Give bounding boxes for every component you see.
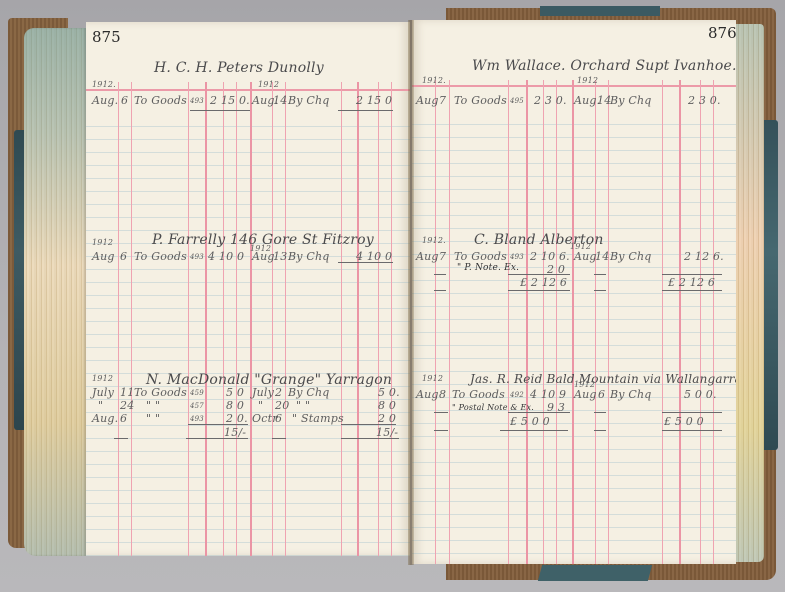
underline [508,274,570,275]
amount: 8 0 [378,399,396,412]
day: 11 [120,386,134,399]
red-rule [435,80,436,564]
book-gutter [408,20,414,565]
red-rule [391,82,392,556]
amount: 5 0. [378,386,400,399]
red-rule [572,80,574,564]
day: 24 [120,399,134,412]
red-rule [118,82,119,556]
folio: 493 [190,415,204,423]
month: July [252,386,274,399]
red-rule [272,82,273,556]
year: 1912 [92,374,113,383]
amount: 2 15 0. [210,94,250,107]
red-rule [250,82,252,556]
year: 1912 [422,374,443,383]
day: 13 [273,250,287,263]
particulars: " " [296,399,310,412]
red-rule [236,82,237,556]
particulars: By Chq [288,94,330,107]
cloth-tape-bottom [538,565,652,581]
folio: 493 [510,253,524,261]
month: " [258,399,263,412]
day: 8 [439,388,446,401]
day: 7 [439,94,446,107]
month: Aug [416,250,439,263]
amount: 8 0 [226,399,244,412]
underline [662,412,722,413]
particulars: By Chq [610,250,652,263]
day: 6 [120,250,127,263]
particulars: To Goods [452,388,505,401]
ledger-page-right: 876 Wm Wallace. Orchard Supt Ivanhoe. 19… [412,20,736,564]
total: £ 2 12 6 [668,276,715,289]
day: 14 [595,250,609,263]
underline [341,438,399,439]
ledger-page-left: 875 H. C. H. Peters Dunolly 1912. 1912 A… [86,22,410,556]
month: Octr [252,412,278,425]
red-rule [608,80,609,564]
amount: 2 15 0 [356,94,392,107]
red-rule [188,82,189,556]
underline [434,274,446,275]
day: 2 [275,386,282,399]
red-rule [205,82,207,556]
particulars: To Goods [454,250,507,263]
particulars: To Goods [454,94,507,107]
year: 1912 [577,76,598,85]
particulars: " Stamps [292,412,344,425]
red-rule [378,82,379,556]
year: 1912 [258,80,279,89]
total: £ 2 12 6 [520,276,567,289]
particulars: By Chq [288,250,330,263]
page-number: 876 [708,24,736,42]
particulars: " " [146,399,160,412]
underline [190,110,250,111]
underline [594,412,606,413]
underline [114,438,128,439]
amount: 5 0 [226,386,244,399]
particulars: " " [146,412,160,425]
blue-rules [86,114,410,556]
month: Aug [574,250,597,263]
day: 6 [275,412,282,425]
red-rule [700,80,701,564]
red-rule [526,80,528,564]
account-name: Wm Wallace. Orchard Supt Ivanhoe. [472,58,736,74]
underline [188,424,248,425]
underline [186,438,248,439]
header-rule [412,85,736,87]
red-rule [357,82,359,556]
underline [594,290,606,291]
underline [500,430,568,431]
year: 1912 [92,238,113,247]
red-rule [679,80,681,564]
page-edges-right [736,24,764,562]
red-rule [285,82,286,556]
underline [594,274,606,275]
particulars: By Chq [610,94,652,107]
day: 6 [598,388,605,401]
particulars: To Goods [134,250,187,263]
underline [662,430,722,431]
red-rule [223,82,224,556]
blue-rules [412,112,736,564]
cloth-tape-top [540,6,660,16]
underline [434,290,446,291]
underline [662,274,722,275]
page-number: 875 [92,28,121,46]
folio: 493 [190,97,204,105]
underline [338,262,393,263]
underline [341,424,396,425]
particulars: By Chq [288,386,330,399]
red-rule [595,80,596,564]
folio: 492 [510,391,524,399]
particulars: To Goods [134,94,187,107]
day: 14 [273,94,287,107]
total: £ 5 0 0 [510,415,550,428]
month: " [98,399,103,412]
red-rule [131,82,132,556]
underline [272,438,286,439]
total: £ 5 0 0 [664,415,704,428]
red-rule [341,82,342,556]
amount: 2 12 6. [684,250,724,263]
month: Aug [416,388,439,401]
red-rule [449,80,450,564]
account-name: Jas. R. Reid Bald Mountain via Wallangar… [470,372,736,386]
particulars: To Goods [134,386,187,399]
amount: 2 3 0. [688,94,721,107]
red-rule [543,80,544,564]
month: Aug [92,250,115,263]
underline [594,430,606,431]
underline [508,412,570,413]
month: Aug. [92,412,118,425]
day: 7 [439,250,446,263]
year: 1912. [422,76,446,85]
underline [434,430,448,431]
folio: 459 [190,389,204,397]
underline [338,110,393,111]
red-rule [556,80,557,564]
header-rule [86,89,410,91]
account-name: H. C. H. Peters Dunolly [154,60,324,76]
underline [508,290,570,291]
day: 20 [275,399,289,412]
amount: 4 10 9 [530,388,566,401]
red-rule [508,80,509,564]
day: 6 [121,94,128,107]
month: Aug [416,94,439,107]
folio: 457 [190,402,204,410]
folio: 495 [510,97,524,105]
amount: 5 0 0. [684,388,717,401]
year: 1912. [422,236,446,245]
page-edges-left [24,28,86,556]
particulars: By Chq [610,388,652,401]
month: July [92,386,114,399]
year: 1912. [92,80,116,89]
month: Aug. [92,94,118,107]
underline [434,412,448,413]
red-rule [662,80,663,564]
particulars: " P. Note. Ex. [457,263,519,273]
month: Aug [574,388,597,401]
month: Aug [252,250,275,263]
particulars: " Postal Note & Ex. [452,403,534,412]
amount: 4 10 0 [208,250,244,263]
red-rule [713,80,714,564]
amount: 2 3 0. [534,94,567,107]
day: 6 [120,412,127,425]
folio: 493 [190,253,204,261]
amount: 2 10 6. [530,250,570,263]
underline [662,290,722,291]
